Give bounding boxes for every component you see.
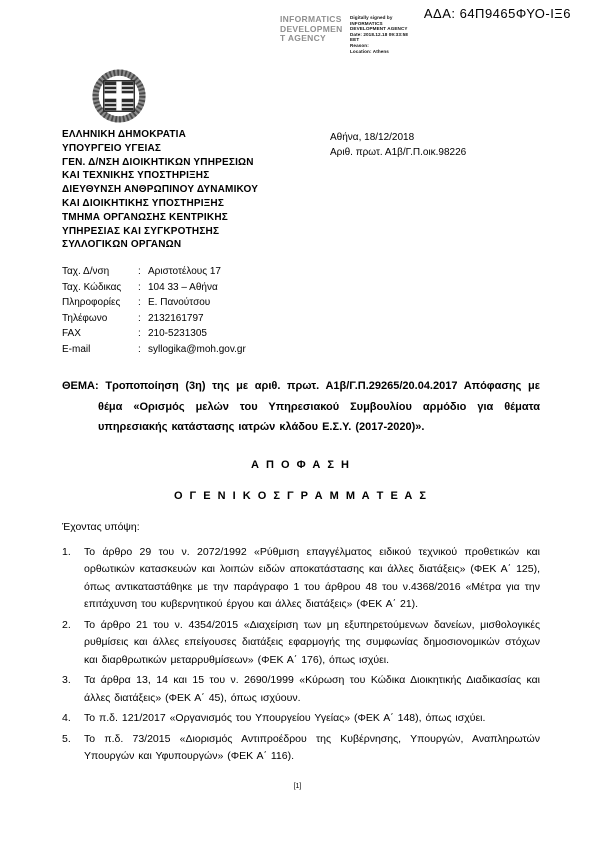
contact-value: 210-5231305 [148,326,207,342]
contact-label: Ταχ. Δ/νση [62,264,138,280]
contact-label: FAX [62,326,138,342]
item-number: 4. [62,710,84,728]
legal-basis-item: 1. Το άρθρο 29 του ν. 2072/1992 «Ρύθμιση… [62,544,540,614]
greek-coat-of-arms-icon [92,69,146,123]
contact-row: E-mail : syllogika@moh.gov.gr [62,342,246,358]
contact-row: Πληροφορίες : Ε. Πανούτσου [62,295,246,311]
protocol-number: Αριθ. πρωτ. Α1β/Γ.Π.οικ.98226 [330,145,466,160]
contact-label: Τηλέφωνο [62,311,138,327]
contact-separator: : [138,326,148,342]
issuing-authority-block: ΕΛΛΗΝΙΚΗ ΔΗΜΟΚΡΑΤΙΑΥΠΟΥΡΓΕΙΟ ΥΓΕΙΑΣΓΕΝ. … [62,128,258,252]
signature-details: Digitally signed byINFORMATICSDEVELOPMEN… [350,15,408,54]
contact-separator: : [138,264,148,280]
item-text: Το άρθρο 29 του ν. 2072/1992 «Ρύθμιση επ… [84,544,540,614]
item-text: Το άρθρο 21 του ν. 4354/2015 «Διαχείριση… [84,617,540,670]
issuing-authority-line: ΤΜΗΜΑ ΟΡΓΑΝΩΣΗΣ ΚΕΝΤΡΙΚΗΣ [62,211,258,225]
item-number: 3. [62,672,84,707]
subject-label: ΘΕΜΑ: [62,380,99,392]
item-number: 1. [62,544,84,614]
item-number: 5. [62,731,84,766]
contact-row: Τηλέφωνο : 2132161797 [62,311,246,327]
contact-label: Ταχ. Κώδικας [62,280,138,296]
issuing-authority-line: ΣΥΛΛΟΓΙΚΩΝ ΟΡΓΑΝΩΝ [62,238,258,252]
item-text: Το π.δ. 121/2017 «Οργανισμός του Υπουργε… [84,710,540,728]
decision-heading: Α Π Ο Φ Α Σ Η [62,459,540,471]
contact-separator: : [138,295,148,311]
contact-value: Ε. Πανούτσου [148,295,210,311]
issuing-authority-line: ΔΙΕΥΘΥΝΣΗ ΑΝΘΡΩΠΙΝΟΥ ΔΥΝΑΜΙΚΟΥ [62,183,258,197]
item-text: Τα άρθρα 13, 14 και 15 του ν. 2690/1999 … [84,672,540,707]
legal-basis-item: 3. Τα άρθρα 13, 14 και 15 του ν. 2690/19… [62,672,540,707]
contact-label: Πληροφορίες [62,295,138,311]
document-page: ΑΔΑ: 64Π9465ΦΥΟ-ΙΞ6 INFORMATICSDEVELOPME… [0,0,595,842]
contact-value: syllogika@moh.gov.gr [148,342,246,358]
signature-agency-line: T AGENCY [280,34,344,44]
signature-detail-line: DEVELOPMENT AGENCY [350,26,408,32]
issuing-authority-line: ΥΠΟΥΡΓΕΙΟ ΥΓΕΙΑΣ [62,142,258,156]
digital-signature-stamp: INFORMATICSDEVELOPMENT AGENCY Digitally … [280,15,408,54]
contact-row: Ταχ. Δ/νση : Αριστοτέλους 17 [62,264,246,280]
contact-row: Ταχ. Κώδικας : 104 33 – Αθήνα [62,280,246,296]
contact-value: Αριστοτέλους 17 [148,264,221,280]
issuing-authority-line: ΚΑΙ ΤΕΧΝΙΚΗΣ ΥΠΟΣΤΗΡΙΞΗΣ [62,169,258,183]
item-text: Το π.δ. 73/2015 «Διορισμός Αντιπροέδρου … [84,731,540,766]
contact-info-block: Ταχ. Δ/νση : Αριστοτέλους 17 Ταχ. Κώδικα… [62,264,246,358]
contact-label: E-mail [62,342,138,358]
contact-separator: : [138,280,148,296]
contact-separator: : [138,311,148,327]
legal-basis-item: 5. Το π.δ. 73/2015 «Διορισμός Αντιπροέδρ… [62,731,540,766]
issuing-authority-line: ΚΑΙ ΔΙΟΙΚΗΤΙΚΗΣ ΥΠΟΣΤΗΡΙΞΗΣ [62,197,258,211]
legal-basis-list: 1. Το άρθρο 29 του ν. 2072/1992 «Ρύθμιση… [62,544,540,766]
preamble-text: Έχοντας υπόψη: [62,521,540,533]
signature-detail-line: Location: Athens [350,49,408,55]
ada-code: ΑΔΑ: 64Π9465ΦΥΟ-ΙΞ6 [424,6,571,21]
legal-basis-item: 4. Το π.δ. 121/2017 «Οργανισμός του Υπου… [62,710,540,728]
contact-value: 104 33 – Αθήνα [148,280,218,296]
date-protocol-block: Αθήνα, 18/12/2018 Αριθ. πρωτ. Α1β/Γ.Π.οι… [330,130,466,160]
document-body: ΘΕΜΑ: Τροποποίηση (3η) της με αριθ. πρωτ… [62,376,540,769]
issuing-authority-line: ΕΛΛΗΝΙΚΗ ΔΗΜΟΚΡΑΤΙΑ [62,128,258,142]
signature-agency-name: INFORMATICSDEVELOPMENT AGENCY [280,15,344,54]
contact-row: FAX : 210-5231305 [62,326,246,342]
signer-heading: Ο Γ Ε Ν Ι Κ Ο Σ Γ Ρ Α Μ Μ Α Τ Ε Α Σ [62,490,540,502]
page-number: [1] [0,783,595,790]
issuing-authority-line: ΥΠΗΡΕΣΙΑΣ ΚΑΙ ΣΥΓΚΡΟΤΗΣΗΣ [62,225,258,239]
contact-value: 2132161797 [148,311,204,327]
subject-paragraph: ΘΕΜΑ: Τροποποίηση (3η) της με αριθ. πρωτ… [62,376,540,438]
item-number: 2. [62,617,84,670]
city-date: Αθήνα, 18/12/2018 [330,130,466,145]
legal-basis-item: 2. Το άρθρο 21 του ν. 4354/2015 «Διαχείρ… [62,617,540,670]
subject-text: Τροποποίηση (3η) της με αριθ. πρωτ. Α1β/… [98,380,540,433]
contact-separator: : [138,342,148,358]
issuing-authority-line: ΓΕΝ. Δ/ΝΣΗ ΔΙΟΙΚΗΤΙΚΩΝ ΥΠΗΡΕΣΙΩΝ [62,156,258,170]
